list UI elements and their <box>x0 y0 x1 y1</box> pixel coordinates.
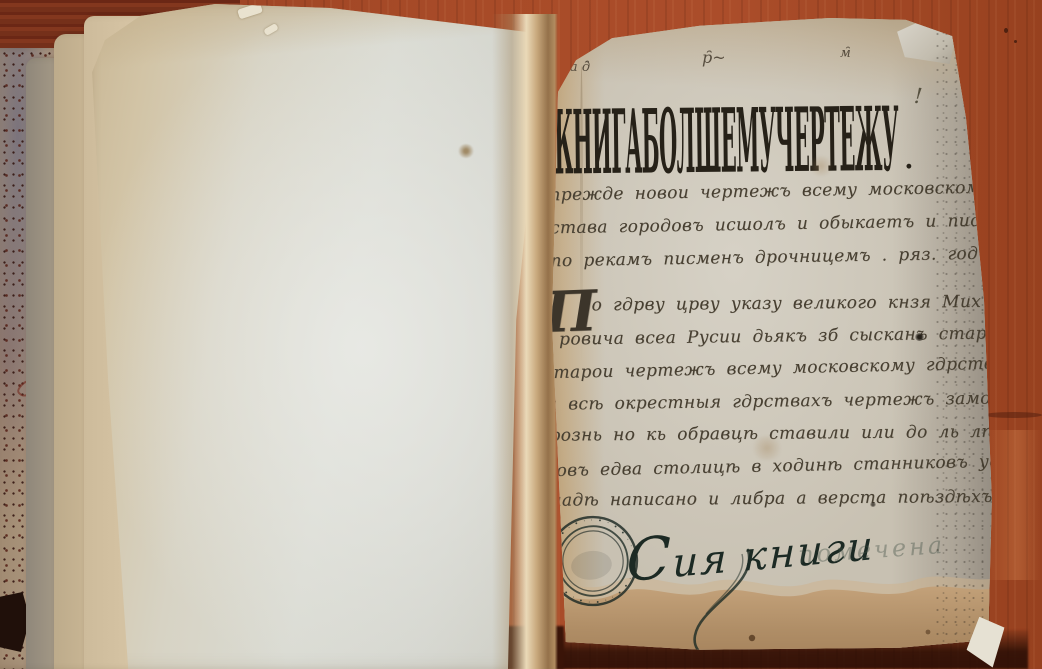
wood-speck <box>1004 28 1008 33</box>
paper-chip <box>263 23 279 36</box>
ink-blot <box>915 333 924 341</box>
vyaz-title-block: КНИГАБОЛШЕМУЧЕРТЕЖУ . <box>551 76 924 182</box>
scribal-mark: р̑~ <box>702 48 726 67</box>
scribal-mark: м̑ <box>840 46 851 61</box>
torn-corner <box>892 18 956 64</box>
wood-speck <box>1014 40 1017 43</box>
foxing-smudge <box>458 144 474 158</box>
scribal-mark: б̑а д̑ <box>562 60 590 75</box>
paragraph-2: о гдрву црву указу великого кнзя Мих Фед… <box>544 285 947 518</box>
vyaz-title-text: КНИГАБОЛШЕМУЧЕРТЕЖУ <box>554 87 900 182</box>
handwritten-line: по рекамъ писменъ дрочницемъ . ряз. годъ… <box>550 239 931 279</box>
paper-chip <box>237 3 263 20</box>
right-page: б̑а д̑ р̑~ м̑ ! КНИГАБОЛШЕМУЧЕРТЕЖУ . пр… <box>540 16 1002 666</box>
foxing-spot <box>750 436 784 460</box>
book-gutter <box>492 14 558 669</box>
handwritten-line: о гдрву црву указу великого кнзя Мих Фед… <box>548 286 948 322</box>
title-period: . <box>904 145 913 175</box>
paragraph-1: прежде новои чертежъ всему московскому г… <box>549 173 931 279</box>
vyaz-title-svg: КНИГАБОЛШЕМУЧЕРТЕЖУ . <box>551 76 924 182</box>
wood-grain-seam <box>984 412 1042 418</box>
manuscript-photo: · . б̑а д̑ р̑~ м̑ ! КНИГАБОЛШЕМУЧЕРТЕЖУ … <box>0 0 1042 669</box>
left-page: · . <box>88 0 545 669</box>
foxing-spot <box>808 156 834 176</box>
ink-blot <box>862 132 867 137</box>
signature-flourish <box>682 544 772 656</box>
